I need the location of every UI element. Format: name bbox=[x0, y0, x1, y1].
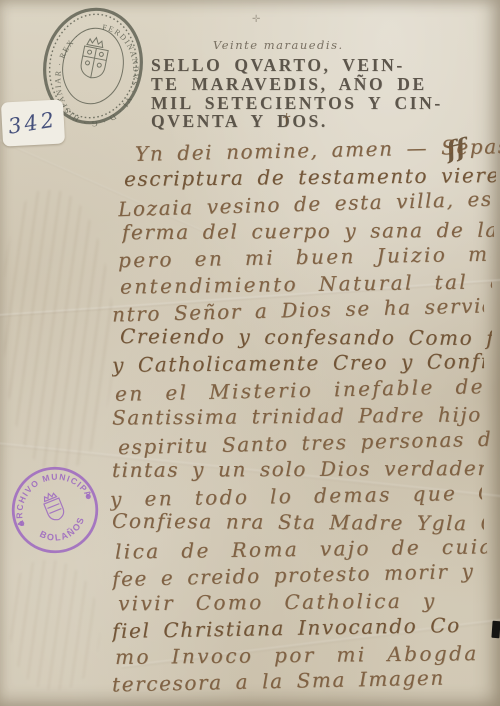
manuscript-line: entendimiento Natural tal qual bbox=[120, 269, 492, 298]
archive-number: 342 bbox=[7, 107, 59, 138]
manuscript-line: y Catholicamente Creo y Confieso bbox=[112, 349, 484, 377]
archive-number-sticker: 342 bbox=[1, 99, 65, 146]
manuscript-line: y en todo lo demas que Cree y bbox=[110, 481, 482, 511]
manuscript-line: en el Misterio inefable de la bbox=[115, 374, 487, 406]
archive-stamp-bottom-text: BOLAÑOS bbox=[36, 512, 92, 550]
printed-header: SELLO QVARTO, VEIN- TE MARAVEDIS, AÑO DE… bbox=[151, 56, 443, 131]
header-line: SELLO QVARTO, VEIN- bbox=[151, 56, 443, 75]
manuscript-line: Santissima trinidad Padre hijo y bbox=[112, 402, 484, 429]
manuscript-line: tercesora a la Sma Imagen bbox=[112, 666, 445, 697]
header-line: TE MARAVEDIS, AÑO DE bbox=[151, 75, 443, 94]
manuscript-line: Creiendo y confesando Como firme bbox=[120, 324, 492, 350]
manuscript-line: mo Invoco por mi Abogda In bbox=[115, 641, 487, 669]
header-line: MIL SETECIENTOS Y CIN- bbox=[151, 94, 443, 113]
paper-crease bbox=[0, 276, 500, 318]
manuscript-line: espiritu Santo tres personas dis bbox=[118, 427, 490, 459]
manuscript-line: escriptura de testamento vieren Como Yo … bbox=[124, 163, 496, 191]
manuscript-line: fiel Christiana Invocando Co bbox=[112, 613, 461, 643]
printers-mark: ✛ bbox=[252, 14, 261, 25]
manuscript-line: ntro Señor a Dios se ha servido de darme bbox=[112, 293, 484, 326]
paper-crease bbox=[121, 614, 500, 668]
manuscript-line: Confiesa nra Sta Madre Ygla Catho bbox=[112, 509, 484, 536]
tax-value-line: Veinte marauedis. bbox=[213, 38, 344, 52]
manuscript-line: vivir Como Catholica y bbox=[118, 589, 437, 616]
municipal-archive-stamp: ARCHIVO MUNICIPAL BOLAÑOS bbox=[0, 451, 114, 568]
ink-flourish: ff bbox=[443, 132, 468, 164]
manuscript-line: Lozaia vesino de esta villa, estando e bbox=[118, 187, 491, 221]
scan-edge-mark bbox=[491, 621, 500, 639]
manuscript-line: fee e creido protesto morir y bbox=[112, 559, 475, 591]
ink-showthrough bbox=[10, 560, 100, 690]
manuscript-page: FERDINANDVS · VI · D · G · HISPANIAR · R… bbox=[0, 0, 500, 706]
royal-coat-of-arms bbox=[79, 36, 110, 80]
manuscript-line: lica de Roma vajo de cuia bbox=[115, 534, 487, 563]
manuscript-line: tintas y un solo Dios verdadero bbox=[112, 456, 484, 482]
manuscript-line: ferma del cuerpo y sana de la voluntad bbox=[122, 218, 494, 245]
ink-showthrough bbox=[4, 190, 114, 470]
manuscript-line: pero en mi buen Juizio memoria bbox=[118, 242, 490, 272]
header-line: QVENTA Y DOS. bbox=[151, 112, 443, 131]
stamp-coat-of-arms bbox=[41, 491, 66, 523]
